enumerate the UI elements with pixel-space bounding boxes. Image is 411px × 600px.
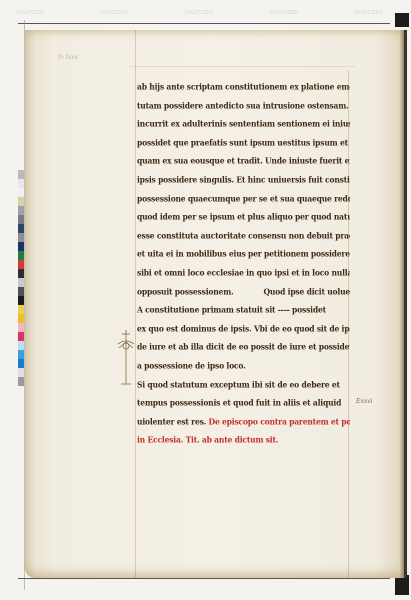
color-swatch: [18, 251, 24, 260]
line-text: Quod ipse dicit uoluerit.: [263, 286, 350, 296]
manuscript-line: in Ecclesia. Tit. ab ante dictum sit.: [137, 430, 350, 451]
decorated-initial-icon: [115, 328, 137, 388]
color-swatch: [18, 242, 24, 251]
color-swatch: [18, 170, 24, 179]
color-calibration-strip: [18, 170, 24, 386]
color-swatch: [18, 197, 24, 206]
line-text: ex quo est dominus de ipsis. Vbi de eo q…: [137, 323, 350, 333]
line-text: et uita ei in mobilibus eius per petitio…: [137, 249, 350, 259]
line-text: quam ex sua eousque et tradit. Unde iniu…: [137, 156, 350, 166]
color-swatch: [18, 233, 24, 242]
catchword: Exxvi: [356, 398, 372, 405]
crop-line-bottom: [18, 578, 390, 579]
margin-note: fo lxxx: [58, 54, 78, 61]
line-text: sibi et omni loco ecclesiae in quo ipsi …: [137, 267, 350, 277]
color-swatch: [18, 296, 24, 305]
crop-line-top: [18, 23, 390, 24]
color-swatch: [18, 332, 24, 341]
color-swatch: [18, 260, 24, 269]
line-text: Si quod statutum exceptum ibi sit de eo …: [137, 379, 340, 389]
line-text: incurrit ex adulterinis sententiam senti…: [137, 118, 350, 128]
line-text: quod idem per se ipsum et plus aliquo pe…: [137, 211, 350, 221]
color-swatch: [18, 368, 24, 377]
line-text: possidet que praefatis sunt ipsum uestit…: [137, 137, 350, 147]
line-text: tutam possidere antedicto sua intrusione…: [137, 100, 350, 110]
color-swatch: [18, 323, 24, 332]
crop-corner-marker: [395, 575, 409, 595]
line-text: possessione quaecumque per se et sua qua…: [137, 193, 350, 203]
color-swatch: [18, 188, 24, 197]
line-text: opposuit possessionem.: [137, 286, 233, 296]
crop-corner-marker: [395, 13, 409, 27]
color-swatch: [18, 341, 24, 350]
ruling-line: [130, 66, 355, 67]
line-text: A constitutione primam statuit sit ---- …: [137, 304, 326, 314]
line-text: tempus possessionis et quod fuit in alii…: [137, 397, 341, 407]
color-swatch: [18, 206, 24, 215]
rubric-text: De episcopo contra parentem et possessor…: [206, 416, 350, 426]
color-swatch: [18, 179, 24, 188]
ruling-line: [135, 30, 136, 578]
line-text: a possessione de ipso loco.: [137, 360, 246, 370]
color-swatch: [18, 287, 24, 296]
line-text: uiolenter est res.: [137, 416, 206, 426]
color-swatch: [18, 305, 24, 314]
color-swatch: [18, 278, 24, 287]
text-block: ab hijs ante scriptam constitutionem ex …: [137, 78, 350, 450]
color-swatch: [18, 314, 24, 323]
line-text: de iure et ab illa dicit de eo possit de…: [137, 342, 350, 352]
line-text: esse constituta auctoritate consensu non…: [137, 230, 350, 240]
color-swatch: [18, 359, 24, 368]
color-swatch: [18, 350, 24, 359]
rubric-text: in Ecclesia. Tit. ab ante dictum sit.: [137, 434, 278, 444]
color-swatch: [18, 269, 24, 278]
line-text: ipsis possidere singulis. Et hinc uniuer…: [137, 174, 350, 184]
color-swatch: [18, 224, 24, 233]
color-swatch: [18, 215, 24, 224]
color-swatch: [18, 377, 24, 386]
folio-edge: [404, 30, 407, 578]
line-text: ab hijs ante scriptam constitutionem ex …: [137, 81, 350, 91]
